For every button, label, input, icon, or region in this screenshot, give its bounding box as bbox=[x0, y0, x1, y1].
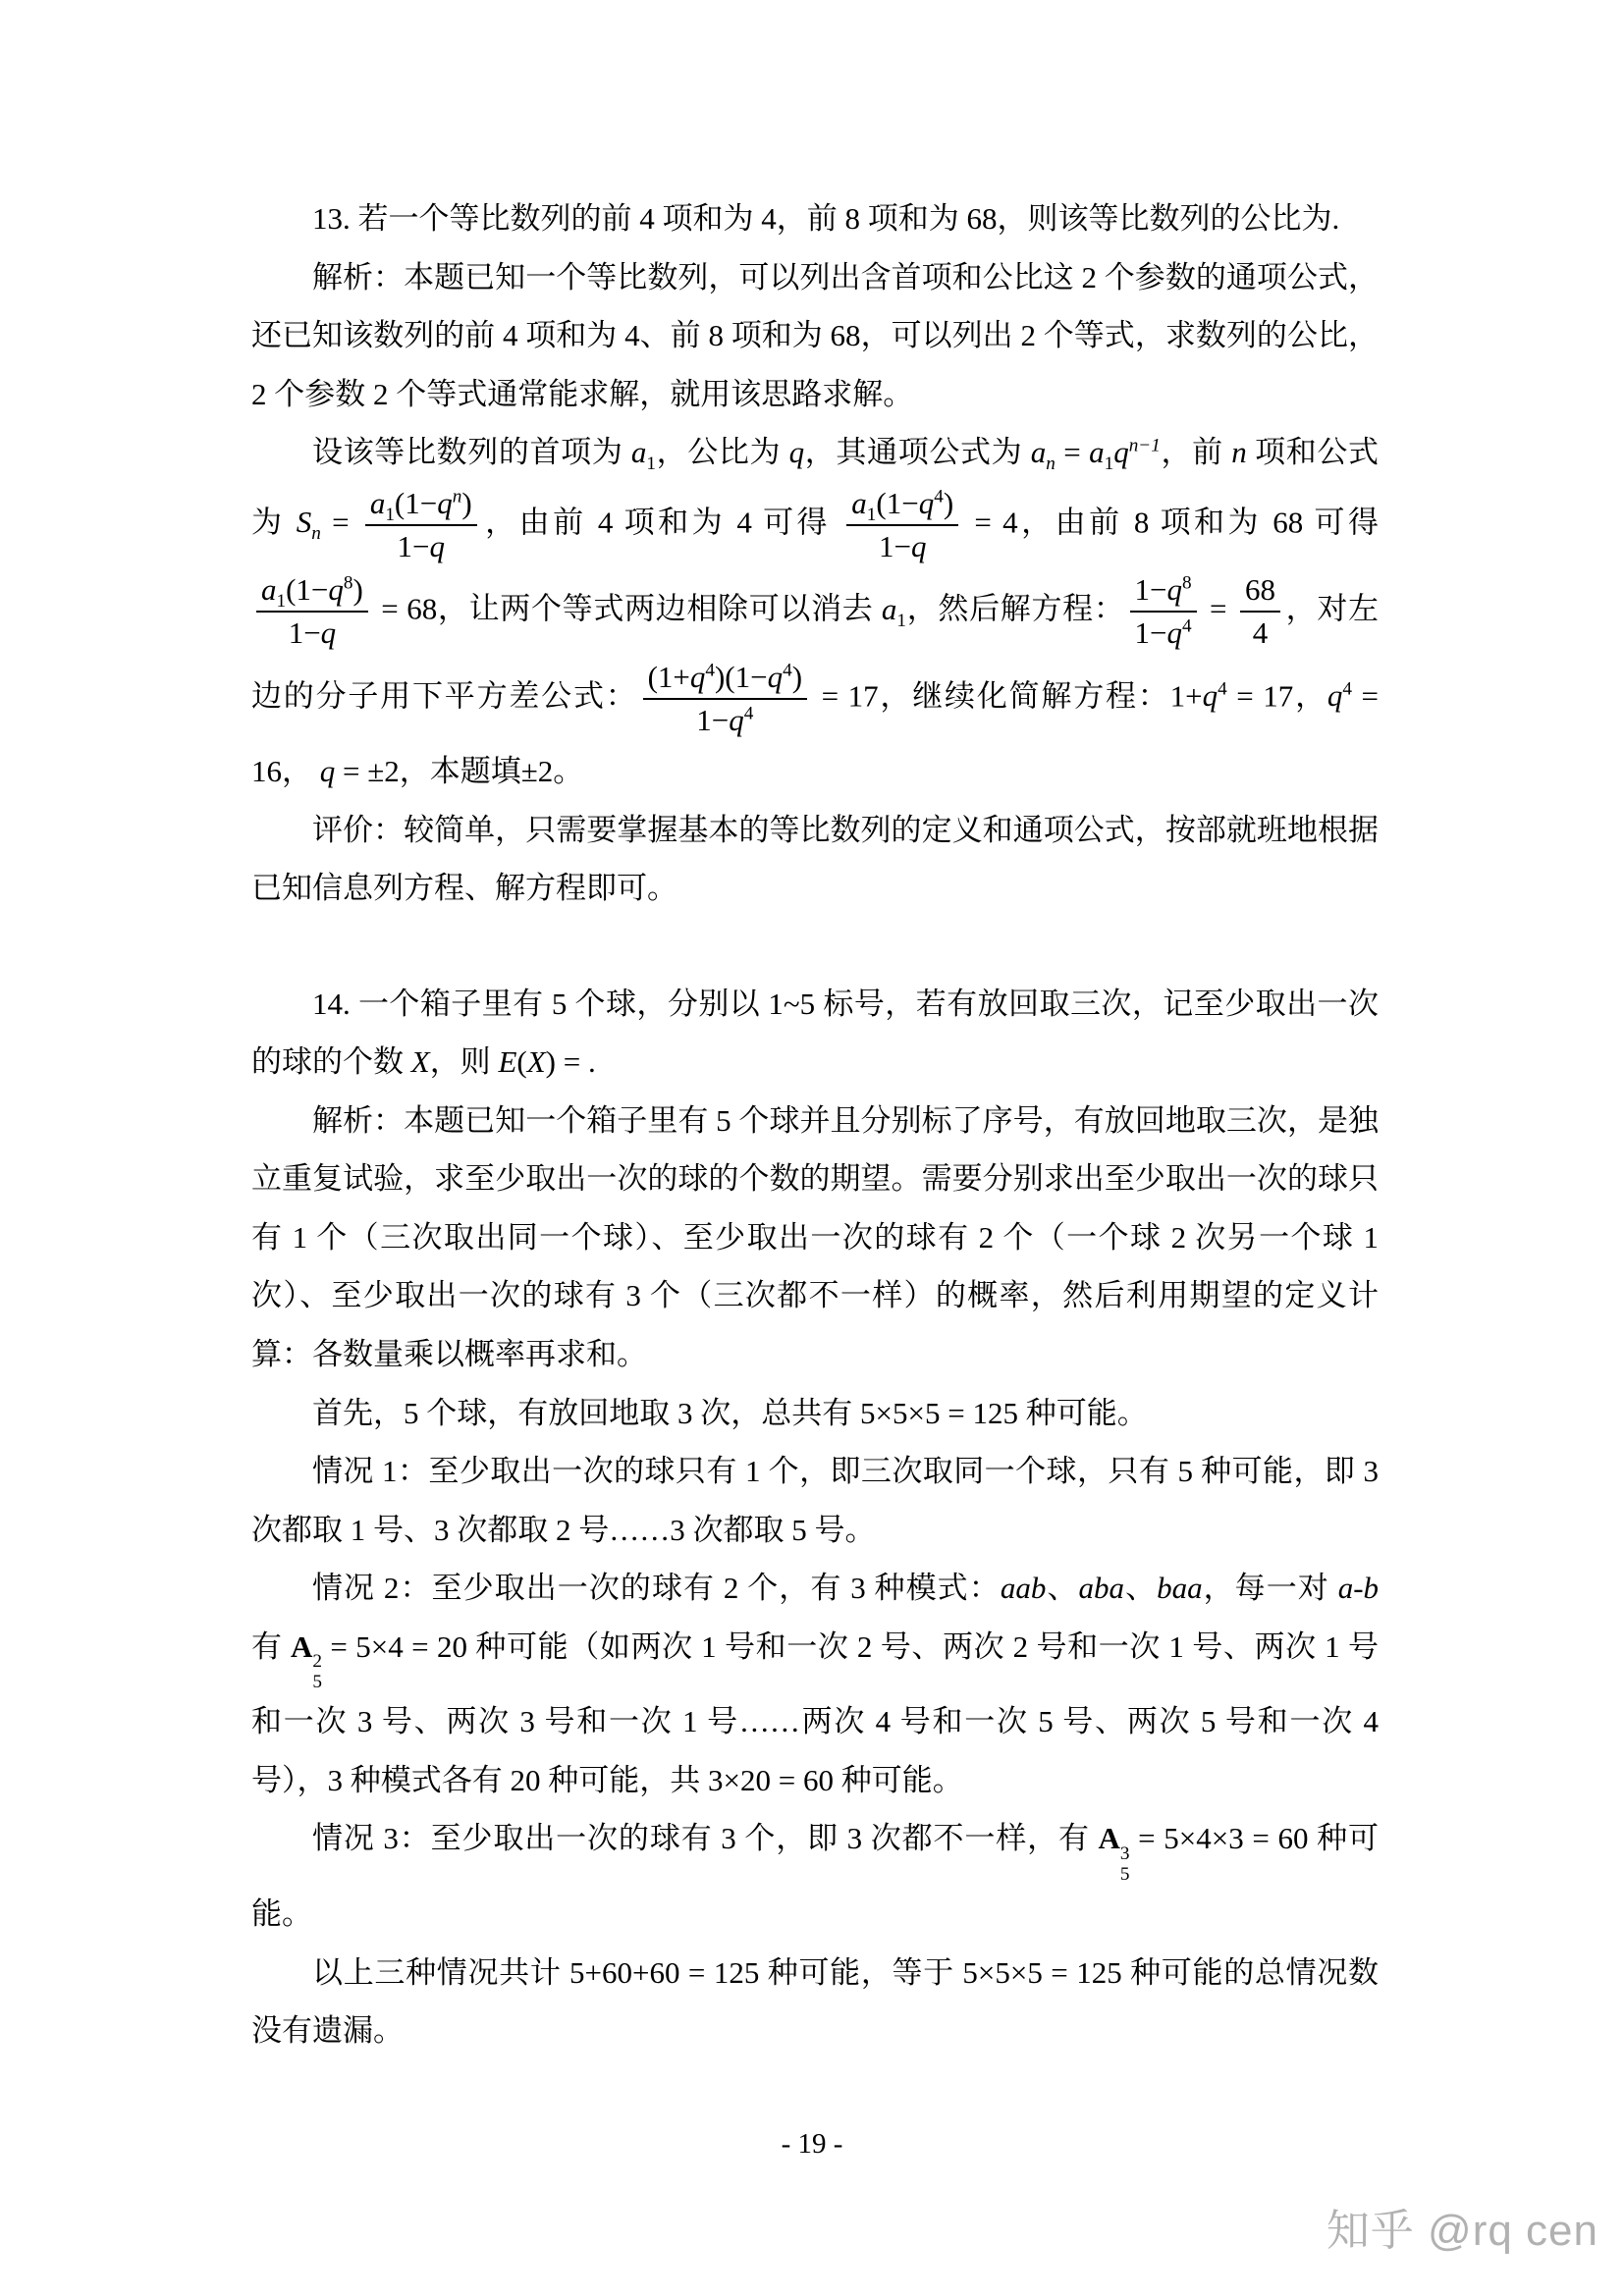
q13-analysis: 解析：本题已知一个等比数列，可以列出含首项和公比这 2 个参数的通项公式，还已知… bbox=[251, 248, 1379, 424]
q13-statement: 13. 若一个等比数列的前 4 项和为 4，前 8 项和为 68，则该等比数列的… bbox=[251, 189, 1379, 248]
q14-case2: 情况 2：至少取出一次的球有 2 个，有 3 种模式：aab、aba、baa，每… bbox=[251, 1559, 1379, 1809]
q13-solution: 设该等比数列的首项为 a1，公比为 q，其通项公式为 an = a1qn−1，前… bbox=[251, 423, 1379, 801]
q14-summary: 以上三种情况共计 5+60+60 = 125 种可能，等于 5×5×5 = 12… bbox=[251, 1944, 1379, 2060]
q14-case3: 情况 3：至少取出一次的球有 3 个，即 3 次都不一样，有 A35 = 5×4… bbox=[251, 1809, 1379, 1943]
q14-case1: 情况 1：至少取出一次的球只有 1 个，即三次取同一个球，只有 5 种可能，即 … bbox=[251, 1442, 1379, 1559]
q14-analysis: 解析：本题已知一个箱子里有 5 个球并且分别标了序号，有放回地取三次，是独立重复… bbox=[251, 1092, 1379, 1384]
document-body: 13. 若一个等比数列的前 4 项和为 4，前 8 项和为 68，则该等比数列的… bbox=[251, 189, 1379, 2060]
q13-evaluation: 评价：较简单，只需要掌握基本的等比数列的定义和通项公式，按部就班地根据已知信息列… bbox=[251, 801, 1379, 918]
watermark: 知乎 @rq cen bbox=[1326, 2195, 1598, 2258]
page-number: - 19 - bbox=[0, 2128, 1624, 2161]
q14-statement: 14. 一个箱子里有 5 个球，分别以 1~5 标号，若有放回取三次，记至少取出… bbox=[251, 975, 1379, 1092]
document-page: 13. 若一个等比数列的前 4 项和为 4，前 8 项和为 68，则该等比数列的… bbox=[0, 0, 1624, 2296]
q14-total-count: 首先，5 个球，有放回地取 3 次，总共有 5×5×5 = 125 种可能。 bbox=[251, 1384, 1379, 1443]
